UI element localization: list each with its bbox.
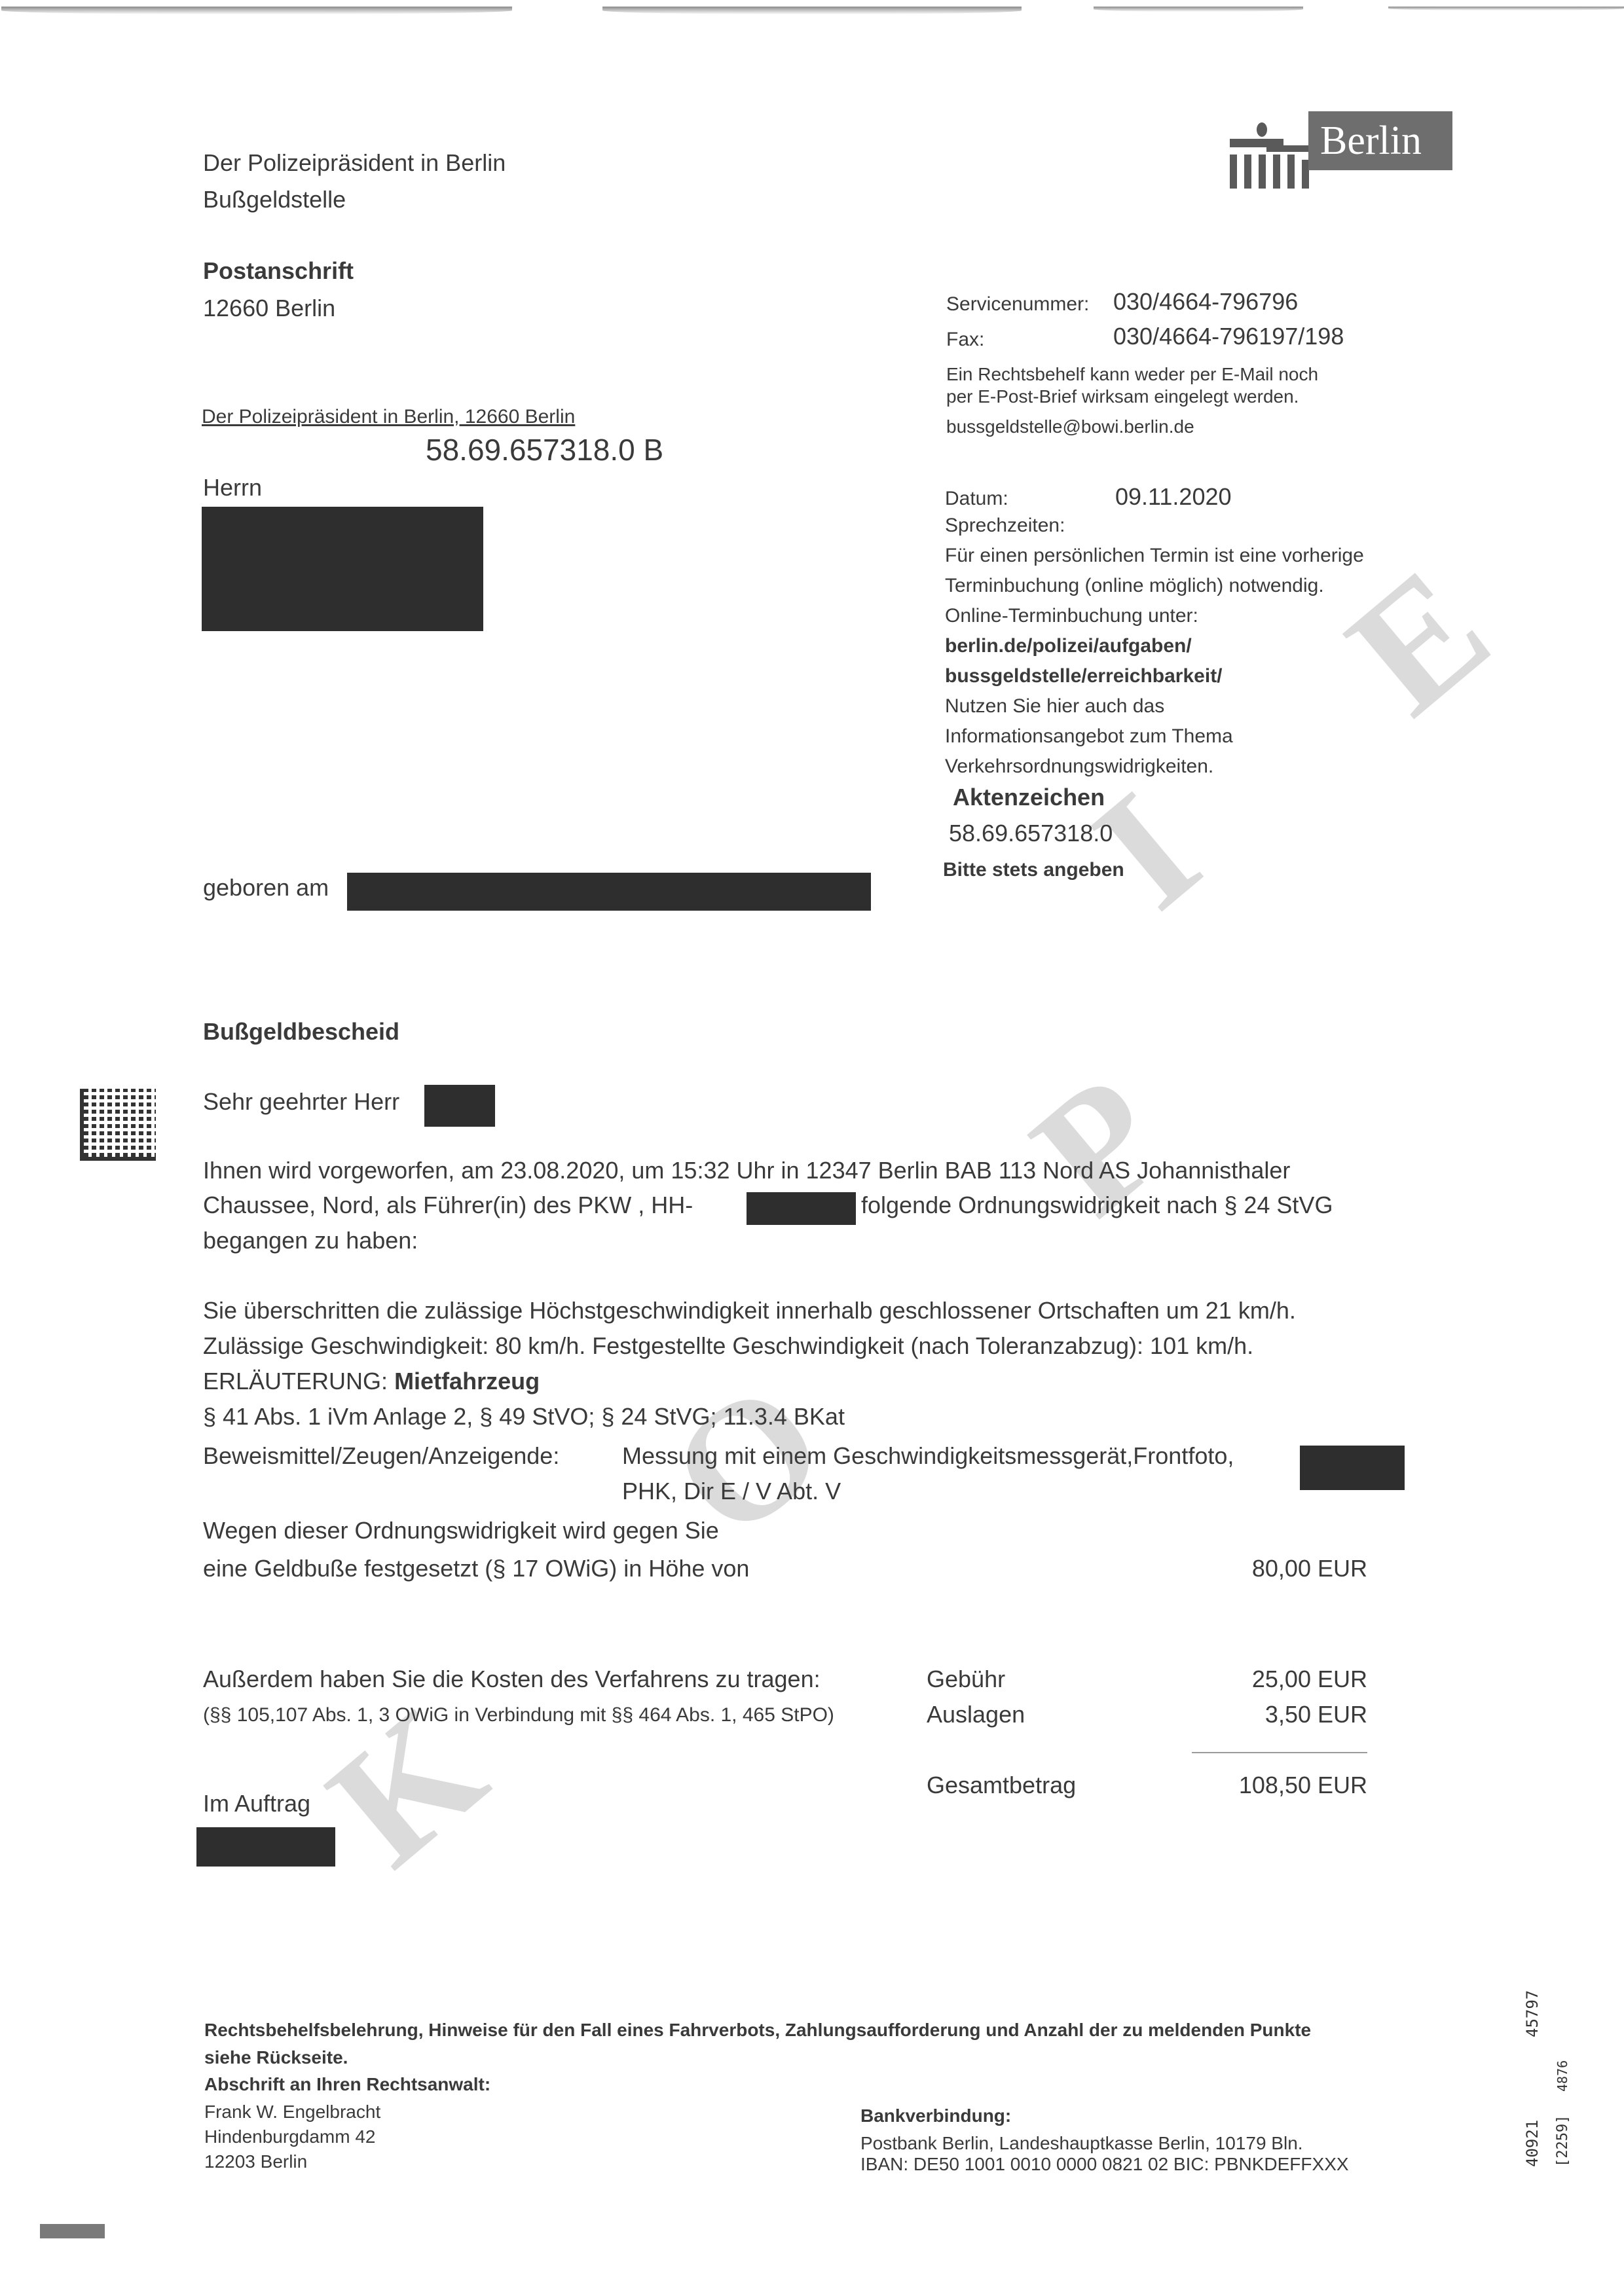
notice-line-2: per E-Post-Brief wirksam eingelegt werde… [946,386,1299,407]
fine-amount: 80,00 EUR [1252,1555,1367,1582]
margin-code: [2259] [1555,2115,1571,2167]
logo-text: Berlin [1308,111,1452,170]
cost-item-label-expenses: Auslagen [927,1701,1025,1728]
notice-line-1: Ein Rechtsbehelf kann weder per E-Mail n… [946,364,1318,385]
redacted-signature [196,1827,335,1867]
charge-line-2a: Chaussee, Nord, als Führer(in) des PKW ,… [203,1192,693,1219]
signature-label: Im Auftrag [203,1790,310,1817]
redacted-recipient-address [202,507,483,631]
info-line-2: Informationsangebot zum Thema [945,725,1233,748]
reference-code: 58.69.657318.0 B [426,432,663,467]
service-number: 030/4664-796796 [1113,288,1298,316]
charge-line-2b: folgende Ordnungswidrigkeit nach § 24 St… [861,1192,1333,1219]
costs-intro: Außerdem haben Sie die Kosten des Verfah… [203,1666,821,1693]
bank-line-1: Postbank Berlin, Landeshauptkasse Berlin… [860,2133,1303,2154]
cost-item-label-fee: Gebühr [927,1666,1005,1693]
sum-divider [1192,1752,1367,1753]
file-number-hint: Bitte stets angeben [943,859,1124,881]
cost-item-amount-fee: 25,00 EUR [1252,1666,1367,1693]
return-address: Der Polizeipräsident in Berlin, 12660 Be… [202,406,575,428]
explanation: ERLÄUTERUNG: Mietfahrzeug [203,1368,540,1395]
fax-number: 030/4664-796197/198 [1113,323,1344,350]
total-amount: 108,50 EUR [1239,1772,1367,1799]
berlin-logo: Berlin [1230,111,1452,189]
lawyer-city: 12203 Berlin [204,2151,307,2172]
lawyer-street: Hindenburgdamm 42 [204,2126,376,2147]
evidence-line-2: PHK, Dir E / V Abt. V [622,1478,841,1505]
copy-to-lawyer-label: Abschrift an Ihren Rechtsanwalt: [204,2074,490,2095]
date-label: Datum: [945,488,1008,510]
recipient-salutation: Herrn [203,474,262,501]
file-number: 58.69.657318.0 [949,820,1113,847]
redacted-plate [747,1192,856,1225]
info-line-3: Verkehrsordnungswidrigkeiten. [945,756,1213,778]
legal-basis: § 41 Abs. 1 iVm Anlage 2, § 49 StVO; § 2… [203,1403,845,1430]
postanschrift-label: Postanschrift [203,257,354,285]
costs-legal: (§§ 105,107 Abs. 1, 3 OWiG in Verbindung… [203,1704,834,1726]
online-label: Online-Terminbuchung unter: [945,605,1198,627]
bank-line-2: IBAN: DE50 1001 0010 0000 0821 02 BIC: P… [860,2154,1349,2175]
document-title: Bußgeldbescheid [203,1018,399,1046]
hours-label: Sprechzeiten: [945,515,1065,537]
born-label: geboren am [203,874,329,902]
file-number-label: Aktenzeichen [953,784,1105,811]
sender-line-1: Der Polizeipräsident in Berlin [203,149,506,177]
watermark-letter: P [997,1037,1202,1254]
evidence-line-1: Messung mit einem Geschwindigkeitsmessge… [622,1442,1234,1470]
charge-line-1: Ihnen wird vorgeworfen, am 23.08.2020, u… [203,1157,1290,1184]
date-value: 09.11.2020 [1115,483,1232,511]
bank-label: Bankverbindung: [860,2105,1011,2126]
booking-url-line-2[interactable]: bussgeldstelle/erreichbarkeit/ [945,665,1223,687]
offense-line-1: Sie überschritten die zulässige Höchstge… [203,1297,1296,1324]
explanation-value: Mietfahrzeug [394,1368,540,1394]
cost-item-amount-expenses: 3,50 EUR [1265,1701,1367,1728]
margin-code: 45797 [1523,1990,1541,2037]
postanschrift-city: 12660 Berlin [203,295,335,322]
info-line-1: Nutzen Sie hier auch das [945,695,1164,718]
redacted-witness [1300,1446,1405,1490]
footer-notice-line-1: Rechtsbehelfsbelehrung, Hinweise für den… [204,2020,1311,2041]
evidence-label: Beweismittel/Zeugen/Anzeigende: [203,1442,559,1470]
margin-code: 4876 [1555,2060,1570,2092]
fax-label: Fax: [946,329,984,351]
lawyer-name: Frank W. Engelbracht [204,2102,380,2123]
explanation-label: ERLÄUTERUNG: [203,1368,388,1394]
datamatrix-code [80,1089,156,1161]
footer-notice-line-2: siehe Rückseite. [204,2047,348,2068]
service-label: Servicenummer: [946,293,1089,316]
hours-line-2: Terminbuchung (online möglich) notwendig… [945,575,1324,597]
total-label: Gesamtbetrag [927,1772,1076,1799]
hours-line-1: Für einen persönlichen Termin ist eine v… [945,545,1364,567]
fine-line-1: Wegen dieser Ordnungswidrigkeit wird geg… [203,1517,719,1544]
redacted-birth-date [347,873,871,911]
scan-shadow [1388,7,1624,10]
fine-line-2: eine Geldbuße festgesetzt (§ 17 OWiG) in… [203,1555,749,1582]
booking-url-line-1[interactable]: berlin.de/polizei/aufgaben/ [945,635,1192,657]
scan-shadow [1,7,512,14]
sender-line-2: Bußgeldstelle [203,186,346,213]
redacted-name [424,1085,495,1127]
scan-shadow [602,7,1022,14]
charge-line-3: begangen zu haben: [203,1227,418,1254]
email-link[interactable]: bussgeldstelle@bowi.berlin.de [946,416,1194,437]
offense-line-2: Zulässige Geschwindigkeit: 80 km/h. Fest… [203,1332,1253,1360]
margin-code: 40921 [1523,2120,1541,2167]
scan-mark [40,2224,105,2238]
greeting: Sehr geehrter Herr [203,1088,399,1116]
scan-shadow [1094,7,1303,12]
